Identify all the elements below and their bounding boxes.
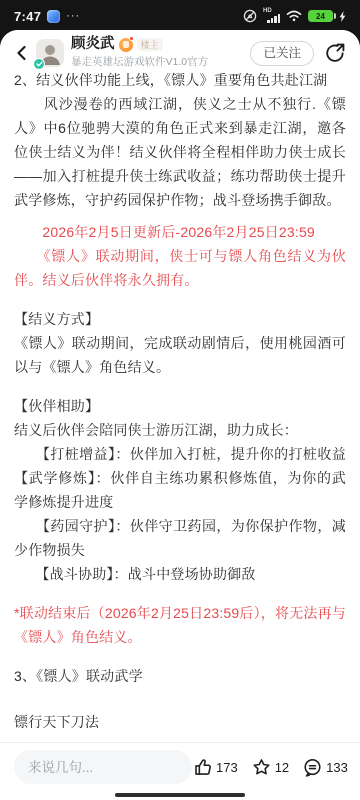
post-header: 顾炎武 楼主 暴走英雄坛游戏软件V1.0官方 已关注 — [0, 30, 360, 72]
notification-app-icon — [47, 10, 60, 23]
op-badge: 楼主 — [137, 38, 163, 51]
comments-button[interactable]: 133 — [302, 757, 348, 778]
paragraph-highlight: *联动结束后（2026年2月25日23:59后），将无法再与《镖人》角色结义。 — [14, 601, 346, 649]
verified-badge-icon — [33, 58, 45, 70]
author-medal-icon — [119, 38, 133, 52]
paragraph: 2、结义伙伴功能上线，《镖人》重要角色共赴江湖 — [14, 72, 346, 92]
wifi-icon — [286, 10, 302, 22]
comment-bar: 173 12 133 — [0, 742, 360, 800]
star-icon — [251, 757, 272, 778]
favorite-button[interactable]: 12 — [251, 757, 289, 778]
paragraph: 结义后伙伴会陪同侠士游历江湖，助力成长： — [14, 418, 346, 442]
clock: 7:47 — [14, 9, 41, 24]
author-subtitle: 暴走英雄坛游戏软件V1.0官方 — [71, 54, 208, 69]
battery-indicator: 24 — [308, 10, 333, 23]
charging-bolt-icon — [339, 11, 346, 22]
thumbs-up-icon — [192, 757, 213, 778]
author-avatar[interactable] — [36, 39, 64, 67]
paragraph: 【战斗协助】：战斗中登场协助御敌 — [14, 562, 346, 586]
comments-count: 133 — [326, 760, 348, 775]
followed-button[interactable]: 已关注 — [250, 41, 314, 66]
like-button[interactable]: 173 — [192, 757, 238, 778]
section-heading: 【结义方式】 — [14, 307, 346, 331]
paragraph-highlight: 2026年2月5日更新后-2026年2月25日23:59 — [14, 220, 346, 244]
signal-strength-icon: HD — [263, 9, 280, 23]
back-button[interactable] — [10, 41, 34, 65]
paragraph-highlight: 《镖人》联动期间，侠士可与镖人角色结义为伙伴。结义后伙伴将永久拥有。 — [14, 244, 346, 292]
paragraph: 【药园守护】：伙伴守卫药园，为你保护作物，减少作物损失 — [14, 514, 346, 562]
like-count: 173 — [216, 760, 238, 775]
paragraph: 《镖人》联动期间，完成联动剧情后，使用桃园酒可以与《镖人》角色结义。 — [14, 331, 346, 379]
share-icon[interactable] — [322, 40, 348, 66]
author-name: 顾炎武 — [71, 37, 115, 52]
author-info[interactable]: 顾炎武 楼主 暴走英雄坛游戏软件V1.0官方 — [71, 37, 208, 69]
section-heading: 3、《镖人》联动武学 — [14, 664, 346, 688]
post-body: 2、结义伙伴功能上线，《镖人》重要角色共赴江湖 风沙漫卷的西域江湖，侠义之士从不… — [0, 72, 360, 742]
status-bar: 7:47 ··· HD — [0, 0, 360, 32]
paragraph: 【打桩增益】：伙伴加入打桩，提升你的打桩收益 【武学修炼】：伙伴自主练功累积修炼… — [14, 442, 346, 514]
more-notifications-icon: ··· — [66, 10, 80, 22]
paragraph: 风沙漫卷的西域江湖，侠义之士从不独行.《镖人》中6位驰骋大漠的角色正式来到暴走江… — [14, 92, 346, 212]
chat-bubble-icon — [302, 757, 323, 778]
post-page: 顾炎武 楼主 暴走英雄坛游戏软件V1.0官方 已关注 2、结义伙伴功能上线，《镖… — [0, 30, 360, 800]
home-indicator[interactable] — [115, 793, 245, 797]
battery-percent: 24 — [316, 12, 325, 21]
mute-icon — [243, 9, 257, 23]
section-heading: 【伙伴相助】 — [14, 394, 346, 418]
comment-input[interactable] — [14, 750, 192, 784]
favorite-count: 12 — [275, 760, 289, 775]
phone-screen: 7:47 ··· HD — [0, 0, 360, 800]
paragraph: 镖行天下刀法 — [14, 710, 346, 734]
